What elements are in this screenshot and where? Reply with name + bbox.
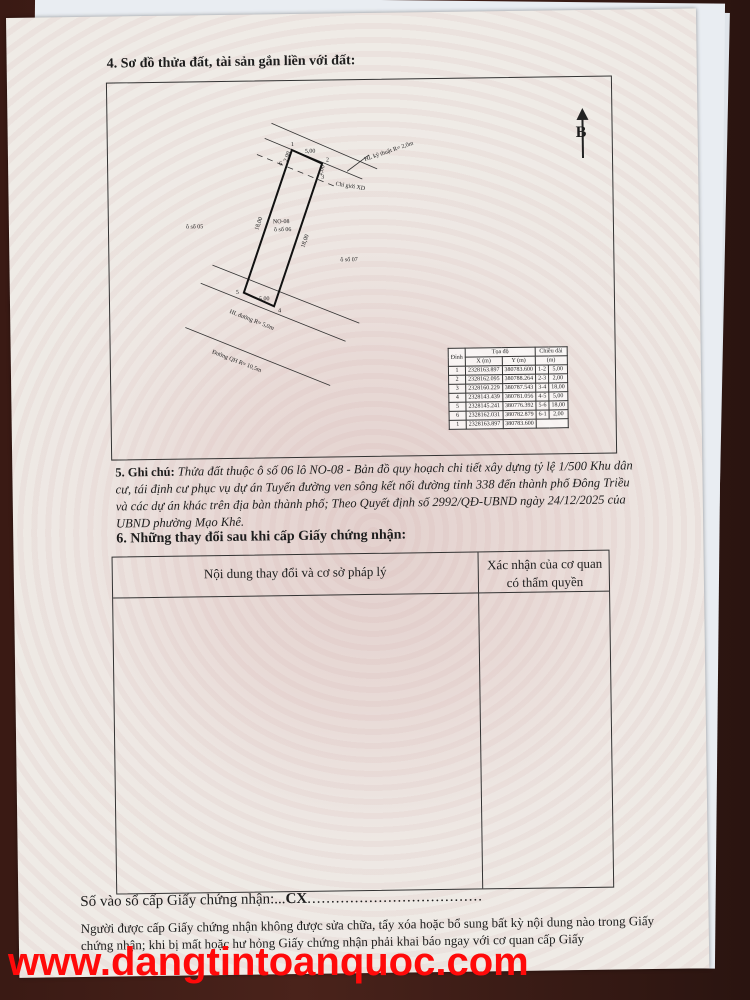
section-4-title: 4. Sơ đồ thửa đất, tài sản gắn liền với … bbox=[107, 53, 356, 72]
registry-value: CX bbox=[285, 891, 307, 907]
header-length-unit: (m) bbox=[535, 356, 567, 365]
build-line-label: Chỉ giới XD bbox=[335, 181, 366, 192]
header-length: Chiều dài bbox=[535, 347, 567, 356]
changes-table: Nội dung thay đổi và cơ sở pháp lý Xác n… bbox=[112, 550, 615, 895]
neighbor-lot-left: ô số 05 bbox=[186, 223, 203, 230]
watermark-text: www.dangtintoanquoc.com bbox=[8, 940, 529, 985]
parcel-label: NO-08 bbox=[273, 219, 290, 225]
changes-col-confirmation: Xác nhận của cơ quan có thẩm quyền bbox=[481, 555, 609, 593]
edge-label: 5,00 bbox=[305, 149, 316, 155]
corner-label: 2 bbox=[326, 158, 329, 164]
edge-label: 2,00 bbox=[317, 164, 326, 176]
parcel-sub-label: ô số 06 bbox=[274, 226, 291, 233]
planned-road-label: Đường QH R= 10,5m bbox=[211, 349, 262, 374]
note-label: 5. Ghi chú: bbox=[115, 465, 175, 480]
section-5-note: 5. Ghi chú: Thửa đất thuộc ô số 06 lô NO… bbox=[115, 457, 636, 532]
edge-label: 18,00 bbox=[254, 216, 264, 231]
coordinate-rows: 12328163.897380783.6001-25,0022328162.09… bbox=[448, 365, 567, 430]
neighbor-lot-right: ô số 07 bbox=[340, 256, 357, 263]
note-text: Thửa đất thuộc ô số 06 lô NO-08 - Bản đồ… bbox=[115, 458, 632, 530]
header-y: Y (m) bbox=[502, 356, 536, 365]
header-vertex: Đỉnh bbox=[448, 348, 465, 366]
coordinate-row: 12328163.897380783.600 bbox=[449, 419, 568, 430]
corner-label: 5 bbox=[236, 290, 239, 296]
section-6-title: 6. Những thay đổi sau khi cấp Giấy chứng… bbox=[116, 527, 406, 547]
certificate-page: 4. Sơ đồ thửa đất, tài sản gắn liền với … bbox=[6, 8, 709, 978]
north-arrow: B bbox=[575, 108, 590, 158]
registry-label: Số vào sổ cấp Giấy chứng nhận:... bbox=[80, 891, 285, 910]
edge-label: 5,00 bbox=[259, 296, 270, 302]
road-setback-label: HL đường R= 5,0m bbox=[228, 309, 275, 332]
edge-label: 2,00 bbox=[283, 151, 292, 163]
corner-label: 1 bbox=[291, 142, 294, 148]
north-label: B bbox=[576, 124, 587, 142]
edge-label: 18,00 bbox=[300, 234, 310, 249]
corner-label: 6 bbox=[279, 161, 282, 167]
technical-line-label: HL kỹ thuật R= 2,0m bbox=[363, 140, 414, 163]
corner-label: 4 bbox=[278, 308, 281, 314]
coordinate-table: Đỉnh Tọa độ Chiều dài X (m) Y (m) (m) 12… bbox=[448, 346, 569, 430]
